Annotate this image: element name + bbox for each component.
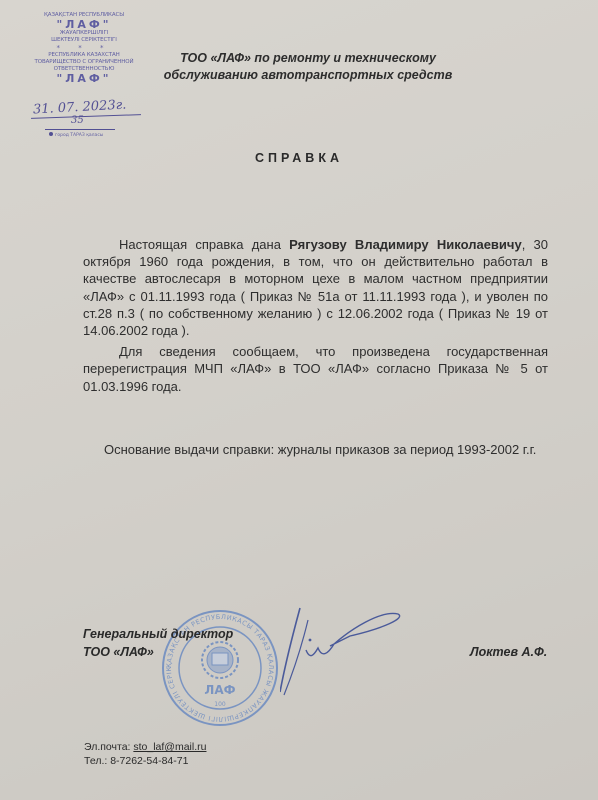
signer-name: Локтев А.Ф. [470,645,547,659]
issuance-basis: Основание выдачи справки: журналы приказ… [104,442,536,457]
stamp-line: РЕСПУБЛИКА КАЗАХСТАН [25,52,143,59]
number-underline [45,129,115,130]
stamp-line: ЖАУАПКЕРШІЛІГІ [25,30,143,37]
position-line-1: Генеральный директор [83,625,233,643]
stamp-org-name: "ЛАФ" [25,73,143,84]
stamp-line: ТОВАРИЩЕСТВО С ОГРАНИЧЕННОЙ [25,59,143,66]
position-line-2: ТОО «ЛАФ» [83,643,233,661]
header-line-2: обслуживанию автотранспортных средств [158,67,458,84]
document-title: СПРАВКА [0,151,598,165]
phone-label: Тел.: [84,755,110,767]
stamp-line: ШЕКТЕУЛІ СЕРІКТЕСТІГІ [25,37,143,44]
stamp-city: город ТАРАЗ қаласы [55,133,103,138]
paragraph-lead: Настоящая справка дана [119,237,289,252]
organization-header: ТОО «ЛАФ» по ремонту и техническому обсл… [158,50,458,84]
paragraph-employment: Настоящая справка дана Рягузову Владимир… [83,236,548,339]
signer-position: Генеральный директор ТОО «ЛАФ» [83,625,233,661]
handwritten-number: 35 [71,115,84,126]
stamp-dots: * * * [25,44,143,52]
document-page: ҚАЗАҚСТАН РЕСПУБЛИКАСЫ "ЛАФ" ЖАУАПКЕРШІЛ… [0,0,598,800]
contacts-block: Эл.почта: sto_laf@mail.ru Тел.: 8-7262-5… [84,740,206,768]
paragraph-reregistration: Для сведения сообщаем, что произведена г… [83,343,548,395]
paragraph-rest: , 30 октября 1960 года рождения, в том, … [83,237,548,338]
person-name: Рягузову Владимиру Николаевичу [289,237,522,252]
svg-text:100: 100 [214,701,226,708]
stamp-dot [49,132,53,136]
phone-number: 8-7262-54-84-71 [110,755,188,767]
phone-line: Тел.: 8-7262-54-84-71 [84,754,206,768]
svg-text:ЛАФ: ЛАФ [204,683,235,697]
document-body: Настоящая справка дана Рягузову Владимир… [83,236,548,399]
stamp-org-name: "ЛАФ" [25,19,143,30]
header-line-1: ТОО «ЛАФ» по ремонту и техническому [158,50,458,67]
email-line: Эл.почта: sto_laf@mail.ru [84,740,206,754]
handwritten-signature-icon [280,600,410,700]
corner-stamp: ҚАЗАҚСТАН РЕСПУБЛИКАСЫ "ЛАФ" ЖАУАПКЕРШІЛ… [25,12,143,84]
email-label: Эл.почта: [84,741,133,753]
email-link[interactable]: sto_laf@mail.ru [133,741,206,753]
